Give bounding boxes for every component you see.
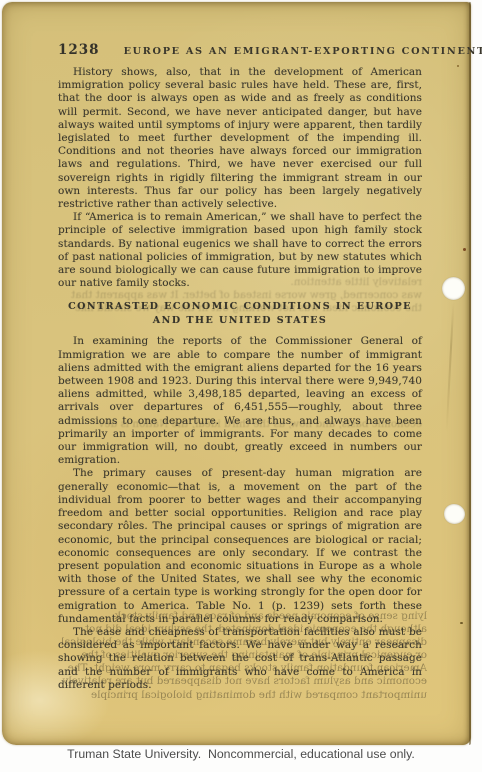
punch-hole <box>442 277 465 300</box>
page-header: 1238 EUROPE AS AN EMIGRANT-EXPORTING CON… <box>58 42 422 58</box>
scan-background: relatively little attention. was concern… <box>0 0 482 772</box>
paragraph-primary-causes: The primary causes of present-day human … <box>58 467 422 625</box>
attribution-footer: Truman State University. Noncommercial, … <box>0 747 482 761</box>
section-heading: CONTRASTED ECONOMIC CONDITIONS IN EUROPE… <box>62 300 418 327</box>
punch-hole <box>444 504 465 524</box>
paragraph-america-american: If “America is to remain American,” we s… <box>58 211 422 290</box>
paragraph-transportation: The ease and cheapness of transportation… <box>58 626 422 692</box>
paper-speck <box>457 65 459 67</box>
page-number: 1238 <box>58 42 100 58</box>
paper-crease <box>446 302 455 432</box>
page-right-edge <box>469 2 471 745</box>
paragraph-history-rules: History shows, also, that in the develop… <box>58 66 422 211</box>
paragraph-commissioner-reports: In examining the reports of the Commissi… <box>58 335 422 467</box>
printed-content: 1238 EUROPE AS AN EMIGRANT-EXPORTING CON… <box>58 42 422 692</box>
paper-speck <box>460 622 463 624</box>
paper-speck <box>463 248 466 251</box>
book-page: relatively little attention. was concern… <box>2 2 471 745</box>
running-title: EUROPE AS AN EMIGRANT-EXPORTING CONTINEN… <box>124 46 482 57</box>
